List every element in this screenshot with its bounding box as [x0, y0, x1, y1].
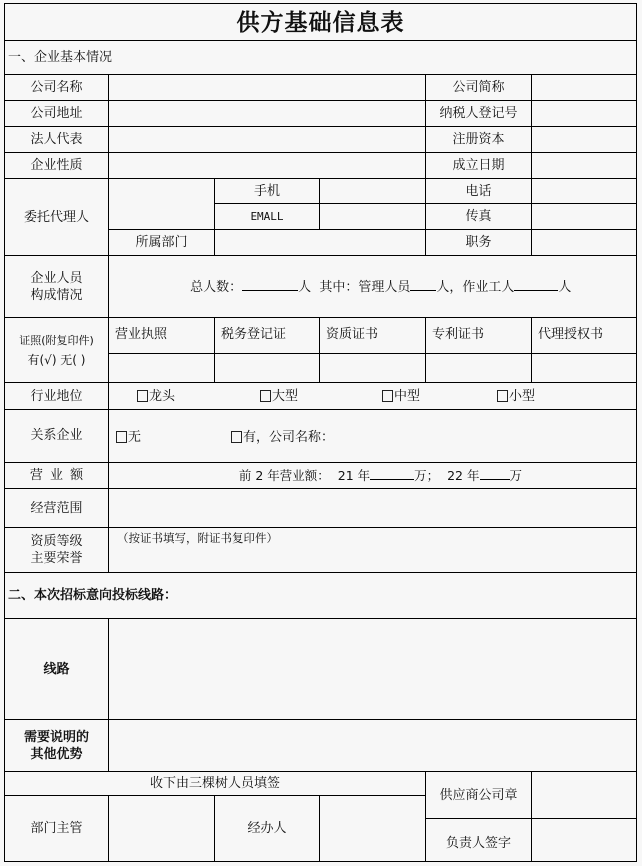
phone-field[interactable] — [531, 178, 637, 204]
fax-label: 传真 — [425, 203, 532, 230]
section1-heading: 一、企业基本情况 — [4, 40, 637, 75]
qualification-label-line2: 主要荣誉 — [30, 550, 82, 567]
handler-sign-field[interactable] — [319, 795, 426, 862]
license-col-qualification: 资质证书 — [319, 317, 426, 354]
revenue-year2-blank[interactable] — [480, 467, 510, 480]
license-col-agency: 代理授权书 — [531, 317, 637, 354]
industry-position-label: 行业地位 — [4, 382, 109, 410]
staff-composition-label: 企业人员 构成情况 — [4, 255, 109, 318]
option-small[interactable]: 小型 — [497, 383, 535, 409]
checkbox-icon[interactable] — [382, 390, 393, 402]
route-field[interactable] — [108, 618, 637, 720]
other-advantages-label: 需要说明的 其他优势 — [4, 719, 109, 772]
position-field[interactable] — [531, 229, 637, 256]
revenue-unit1: 万； — [414, 468, 439, 483]
enterprise-type-field[interactable] — [108, 152, 426, 179]
staff-total-text: 总人数： — [190, 280, 242, 295]
company-name-field[interactable] — [108, 74, 426, 101]
responsible-sign-field[interactable] — [531, 818, 637, 862]
company-short-name-label: 公司简称 — [425, 74, 532, 101]
registered-capital-label: 注册资本 — [425, 126, 532, 153]
license-col-business: 营业执照 — [108, 317, 215, 354]
responsible-sign-label: 负责人签字 — [425, 818, 532, 862]
checkbox-icon[interactable] — [137, 390, 148, 402]
staff-workers-blank[interactable] — [514, 278, 558, 291]
industry-position-field: 龙头 大型 中型 小型 — [108, 382, 637, 410]
founding-date-label: 成立日期 — [425, 152, 532, 179]
supplier-seal-label: 供应商公司章 — [425, 771, 532, 819]
checkbox-icon[interactable] — [231, 431, 242, 443]
revenue-year1-blank[interactable] — [370, 467, 414, 480]
department-label: 所属部门 — [108, 229, 215, 256]
business-scope-label: 经营范围 — [4, 488, 109, 528]
licenses-label-line1: 证照(附复印件) — [19, 332, 94, 349]
legal-rep-field[interactable] — [108, 126, 426, 153]
business-scope-field[interactable] — [108, 488, 637, 528]
qualification-label-line1: 资质等级 — [30, 533, 82, 550]
company-name-label: 公司名称 — [4, 74, 109, 101]
dept-manager-sign-field[interactable] — [108, 795, 215, 862]
staff-mgmt-blank[interactable] — [410, 278, 436, 291]
handler-label: 经办人 — [214, 795, 320, 862]
other-advantages-field[interactable] — [108, 719, 637, 772]
taxpayer-id-label: 纳税人登记号 — [425, 100, 532, 127]
registered-capital-field[interactable] — [531, 126, 637, 153]
legal-rep-label: 法人代表 — [4, 126, 109, 153]
license-col-tax: 税务登记证 — [214, 317, 320, 354]
license-col-patent: 专利证书 — [425, 317, 532, 354]
phone-label: 电话 — [425, 178, 532, 204]
option-medium[interactable]: 中型 — [382, 383, 420, 409]
staff-composition-field: 总人数：人 其中：管理人员人，作业工人人 — [108, 255, 637, 318]
option-none[interactable]: 无 — [116, 411, 141, 463]
revenue-unit2: 万 — [510, 468, 523, 483]
taxpayer-id-field[interactable] — [531, 100, 637, 127]
route-label: 线路 — [4, 618, 109, 720]
founding-date-field[interactable] — [531, 152, 637, 179]
revenue-field: 前 2 年营业额： 21 年万； 22 年万 — [108, 462, 637, 489]
staff-label-line2: 构成情况 — [30, 287, 82, 304]
mobile-field[interactable] — [319, 178, 426, 204]
section2-heading: 二、本次招标意向投标线路： — [4, 572, 637, 619]
checkbox-icon[interactable] — [497, 390, 508, 402]
option-large[interactable]: 大型 — [260, 383, 298, 409]
department-field[interactable] — [214, 229, 426, 256]
revenue-label: 营 业 额 — [4, 462, 109, 489]
staff-label-line1: 企业人员 — [30, 270, 82, 287]
mobile-label: 手机 — [214, 178, 320, 204]
agent-label: 委托代理人 — [4, 178, 109, 256]
company-address-field[interactable] — [108, 100, 426, 127]
advantages-label-line1: 需要说明的 — [24, 729, 89, 746]
enterprise-type-label: 企业性质 — [4, 152, 109, 179]
licenses-label: 证照(附复印件) 有(√) 无( ) — [4, 317, 109, 383]
position-label: 职务 — [425, 229, 532, 256]
company-short-name-field[interactable] — [531, 74, 637, 101]
option-leader[interactable]: 龙头 — [137, 383, 175, 409]
qualification-field[interactable]: （按证书填写，附证书复印件） — [108, 527, 637, 573]
fax-field[interactable] — [531, 203, 637, 230]
advantages-label-line2: 其他优势 — [30, 746, 82, 763]
supplier-seal-field[interactable] — [531, 771, 637, 819]
revenue-prefix: 前 2 年营业额： — [239, 468, 330, 483]
checkbox-icon[interactable] — [116, 431, 127, 443]
form-title: 供方基础信息表 — [4, 3, 637, 41]
qualification-label: 资质等级 主要荣誉 — [4, 527, 109, 573]
dept-manager-label: 部门主管 — [4, 795, 109, 862]
staff-end-text: 人 — [558, 280, 571, 295]
license-value-qualification[interactable] — [319, 353, 426, 383]
related-company-label: 关系企业 — [4, 409, 109, 463]
email-label: EMALL — [214, 203, 320, 230]
internal-note: 收下由三棵树人员填签 — [4, 771, 426, 796]
license-value-agency[interactable] — [531, 353, 637, 383]
email-field[interactable] — [319, 203, 426, 230]
staff-workers-text: 人，作业工人 — [436, 280, 514, 295]
checkbox-icon[interactable] — [260, 390, 271, 402]
license-value-tax[interactable] — [214, 353, 320, 383]
staff-total-blank[interactable] — [242, 278, 298, 291]
licenses-label-line2: 有(√) 无( ) — [27, 352, 85, 369]
company-address-label: 公司地址 — [4, 100, 109, 127]
revenue-year2: 22 年 — [447, 468, 479, 483]
license-value-business[interactable] — [108, 353, 215, 383]
revenue-year1: 21 年 — [338, 468, 370, 483]
agent-name-field[interactable] — [108, 178, 215, 230]
staff-mgmt-text: 人 其中：管理人员 — [298, 280, 410, 295]
license-value-patent[interactable] — [425, 353, 532, 383]
